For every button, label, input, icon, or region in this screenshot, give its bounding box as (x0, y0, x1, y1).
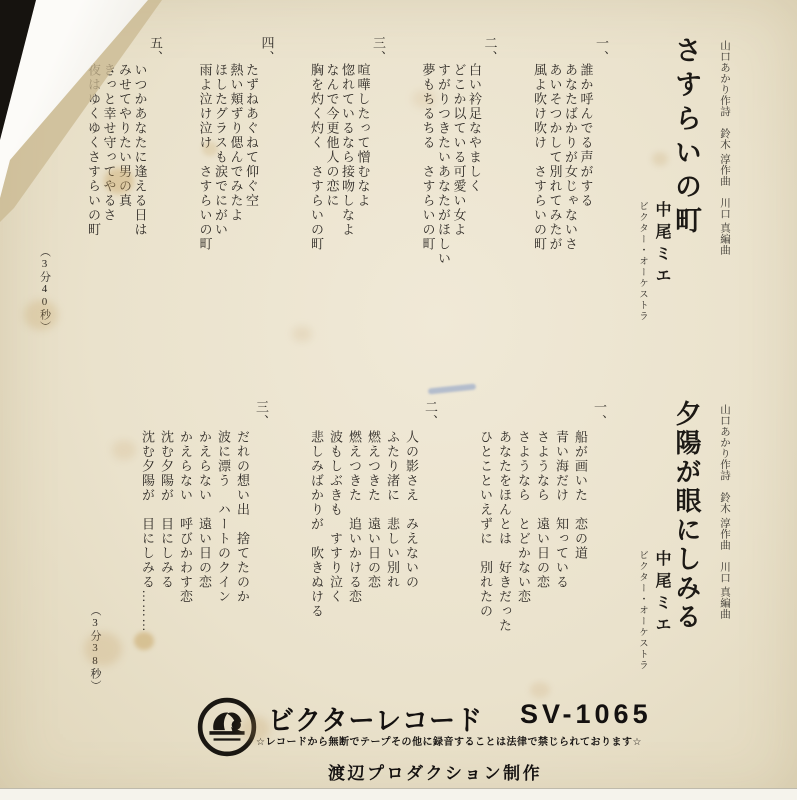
lyric-line: さようなら 遠い日の恋 (533, 400, 552, 700)
lyric-line: 青い海だけ 知っている (552, 400, 571, 700)
lyric-line: 悲しみばかりが 吹きぬける (307, 400, 326, 700)
lyric-line: あなたばかりが女じゃないさ (563, 36, 579, 358)
sleeve-bottom-edge (0, 788, 797, 800)
song1-credits: 山口あかり作詩 鈴木 淳作曲 川口 真編曲 (713, 36, 735, 358)
lyric-line: どこか以ている可愛い女よ (451, 36, 467, 358)
lyric-line: みせてやりたい男の真 (117, 36, 133, 358)
song-section-2: 山口あかり作詩 鈴木 淳作曲 川口 真編曲 夕陽が眼にしみる 中尾ミエ ビクター… (84, 400, 735, 700)
verse-number: 二、 (482, 36, 498, 358)
lyric-line: 波に漂う ハートのクイン (214, 400, 233, 700)
record-sleeve-back: 山口あかり作詩 鈴木 淳作曲 川口 真編曲 さすらいの町 中尾ミエ ビクター・オ… (0, 0, 797, 800)
song1-artist: 中尾ミエ (652, 36, 671, 358)
lyric-line: いつかあなたに逢える日は (132, 36, 148, 358)
song1-verse-2: 二、 白い衿足なやましく どこか以ている可愛い女よ すがりつきたいあなたがほしい… (420, 36, 498, 358)
song1-verse-3: 三、 喧嘩したって憎むなよ 惚れているなら接吻しなよ なんで今更他人の恋に 胸を… (309, 36, 387, 358)
lyric-line: 熱い頬ずり偲んでみたよ (228, 36, 244, 358)
song2-verse-3: 三、 だれの想い出 捨てたのか 波に漂う ハートのクイン かえらない 遠い日の恋… (138, 400, 271, 700)
lyric-line: 沈む夕陽が 目にしみる (157, 400, 176, 700)
lyric-line: あなたをほんとは 好きだった (495, 400, 514, 700)
lyric-line: あいそつかして別れてみたが (547, 36, 563, 358)
song1-title: さすらいの町 (671, 36, 701, 358)
lyric-line: 白い衿足なやましく (467, 36, 483, 358)
verse-number: 四、 (259, 36, 275, 358)
song2-verse-1: 一、 船が画いた 恋の道 青い海だけ 知っている さようなら 遠い日の恋 さよう… (476, 400, 609, 700)
lyric-line: 波もしぶきも すすり泣く (326, 400, 345, 700)
lyric-line: ほしたグラスも涙でにがい (213, 36, 229, 358)
song2-verse-2: 二、 人の影さえ みえないの ふたり渚に 悲しい別れ 燃えつきた 遠い日の恋 燃… (307, 400, 440, 700)
lyric-line: 喧嘩したって憎むなよ (355, 36, 371, 358)
song1-verse-4: 四、 たずねあぐねて仰ぐ空 熱い頬ずり偲んでみたよ ほしたグラスも涙でにがい 雨… (197, 36, 275, 358)
lyric-line: 風よ吹け吹け さすらいの町 (532, 36, 548, 358)
lyric-line: たずねあぐねて仰ぐ空 (244, 36, 260, 358)
lyric-line: さようなら とどかない恋 (514, 400, 533, 700)
song2-artist: 中尾ミエ (652, 400, 671, 700)
copyright-notice: ☆レコードから無断でテープその他に録音することは法律で禁じられております☆ (256, 733, 642, 748)
lyric-line: かえらない 呼びかわす恋 (176, 400, 195, 700)
lyric-line: かえらない 遠い日の恋 (195, 400, 214, 700)
song2-title: 夕陽が眼にしみる (671, 400, 701, 700)
lyric-line: 雨よ泣け泣け さすらいの町 (197, 36, 213, 358)
lyric-line: 燃えつきた 追いかける恋 (345, 400, 364, 700)
lyric-line: ひとこといえずに 別れたの (476, 400, 495, 700)
lyric-line: だれの想い出 捨てたのか (233, 400, 252, 700)
lyric-line: 惚れているなら接吻しなよ (340, 36, 356, 358)
verse-number: 二、 (421, 400, 440, 700)
catalog-number: SV-1065 (520, 699, 652, 730)
production-credit: 渡辺プロダクション制作 (328, 759, 542, 784)
song1-verse-1: 一、 誰か呼んでる声がする あなたばかりが女じゃないさ あいそつかして別れてみた… (532, 36, 610, 358)
song2-duration: （3分38秒） (88, 400, 102, 700)
song2-orchestra: ビクター・オーケストラ (635, 400, 648, 700)
lyric-line: きっと幸せ守ってやるさ (101, 36, 117, 358)
song2-credits: 山口あかり作詩 鈴木 淳作曲 川口 真編曲 (713, 400, 735, 700)
lyric-line: 沈む夕陽が 目にしみる……… (138, 400, 157, 700)
verse-number: 三、 (252, 400, 271, 700)
verse-number: 五、 (148, 36, 164, 358)
lyric-line: 胸を灼く灼く さすらいの町 (309, 36, 325, 358)
lyric-line: すがりつきたいあなたがほしい (436, 36, 452, 358)
verse-number: 一、 (590, 400, 609, 700)
lyric-line: 人の影さえ みえないの (402, 400, 421, 700)
lyric-line: 燃えつきた 遠い日の恋 (364, 400, 383, 700)
song-section-1: 山口あかり作詩 鈴木 淳作曲 川口 真編曲 さすらいの町 中尾ミエ ビクター・オ… (34, 36, 736, 358)
lyric-line: 夢もちるちる さすらいの町 (420, 36, 436, 358)
lyric-line: ふたり渚に 悲しい別れ (383, 400, 402, 700)
lyric-line: 誰か呼んでる声がする (578, 36, 594, 358)
song1-orchestra: ビクター・オーケストラ (635, 36, 648, 358)
verse-number: 一、 (594, 36, 610, 358)
pencil-smudge (428, 384, 476, 395)
victor-dog-gramophone-logo-icon (196, 696, 258, 758)
verse-number: 三、 (371, 36, 387, 358)
lyric-line: なんで今更他人の恋に (324, 36, 340, 358)
lyric-line: 船が画いた 恋の道 (571, 400, 590, 700)
